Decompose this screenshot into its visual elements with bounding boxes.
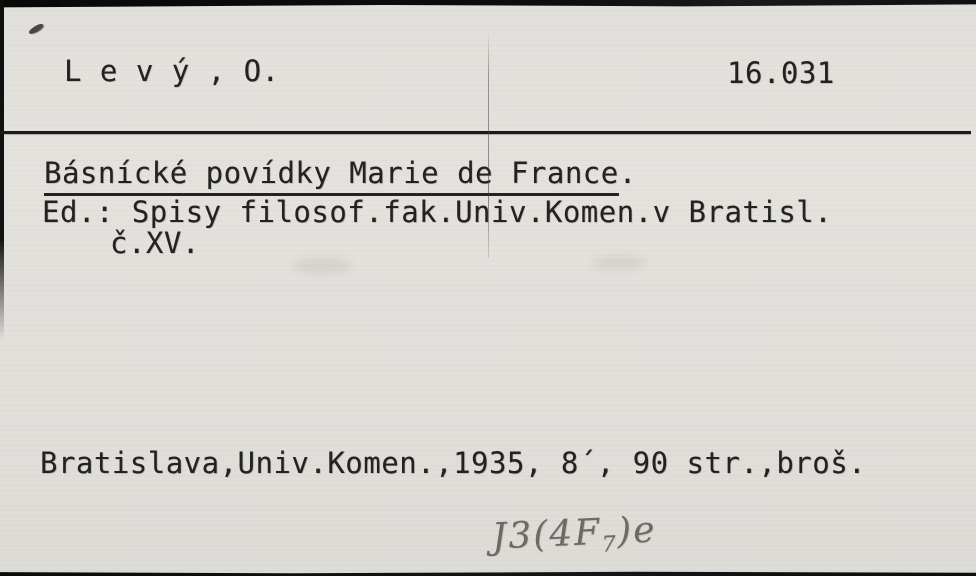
paper-stain xyxy=(592,256,646,270)
title-period: . xyxy=(619,156,637,190)
header-rule xyxy=(0,131,971,134)
shelf-mark-subscript: 7 xyxy=(601,532,618,558)
card-crease-line xyxy=(488,30,489,258)
scan-left-edge xyxy=(0,0,4,340)
catalog-card: L e v ý , O. 16.031 Básnícké povídky Mar… xyxy=(0,0,976,576)
imprint-line: Bratislava,Univ.Komen.,1935, 8´, 90 str.… xyxy=(40,448,866,480)
handwritten-shelf-mark: J3(4F7)e xyxy=(491,509,657,562)
scan-bottom-edge xyxy=(0,570,976,576)
ink-speck xyxy=(28,23,45,36)
edition-line-2: č.XV. xyxy=(110,228,200,260)
shelf-mark-suffix: )e xyxy=(616,509,657,552)
edition-line: Ed.: Spisy filosof.fak.Univ.Komen.v Brat… xyxy=(42,197,832,229)
title-underlined-text: Básnícké povídky Marie de France xyxy=(44,158,619,196)
shelf-mark-prefix: J3(4F xyxy=(491,512,602,558)
paper-stain xyxy=(292,258,352,274)
scan-top-edge xyxy=(0,0,976,8)
author-heading: L e v ý , O. xyxy=(64,56,280,88)
title-line: Básnícké povídky Marie de France. xyxy=(44,158,637,196)
call-number: 16.031 xyxy=(727,58,835,90)
